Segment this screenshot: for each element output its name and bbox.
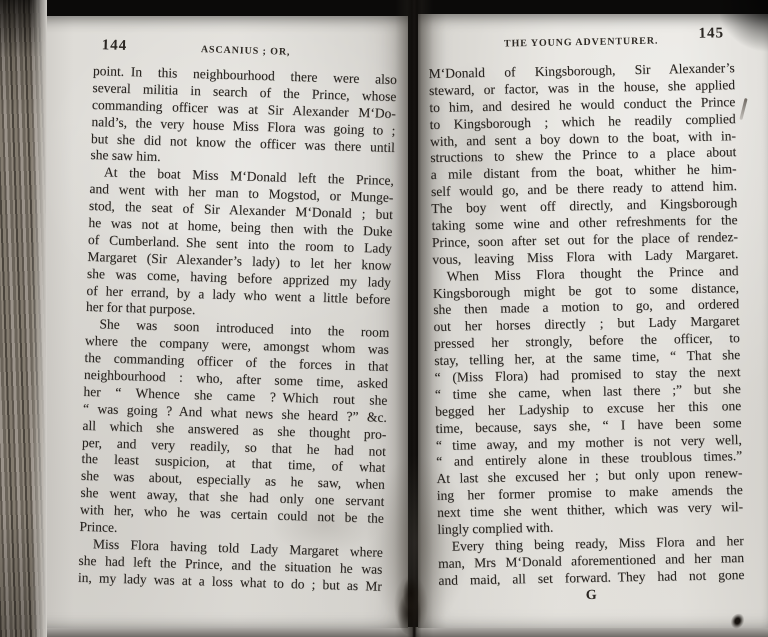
book-scan: 144 ASCANIUS ; OR, point. In this neighb… [0, 0, 768, 637]
book-fore-edge [0, 0, 46, 637]
page-number-right: 145 [698, 25, 724, 42]
page-left-text: point. In this neighbourhood there were … [78, 63, 397, 595]
scan-bottom-edge [0, 627, 768, 637]
page-right-content: THE YOUNG ADVENTURER. 145 M‘Donald of Ki… [428, 30, 745, 606]
running-header-left: ASCANIUS ; OR, [94, 41, 398, 61]
running-header-right: THE YOUNG ADVENTURER. [428, 34, 734, 51]
gutter-ink-stain [394, 575, 428, 635]
page-right-text: M‘Donald of Kingsborough, Sir Alexander’… [429, 60, 745, 589]
page-left-content: 144 ASCANIUS ; OR, point. In this neighb… [78, 37, 398, 595]
